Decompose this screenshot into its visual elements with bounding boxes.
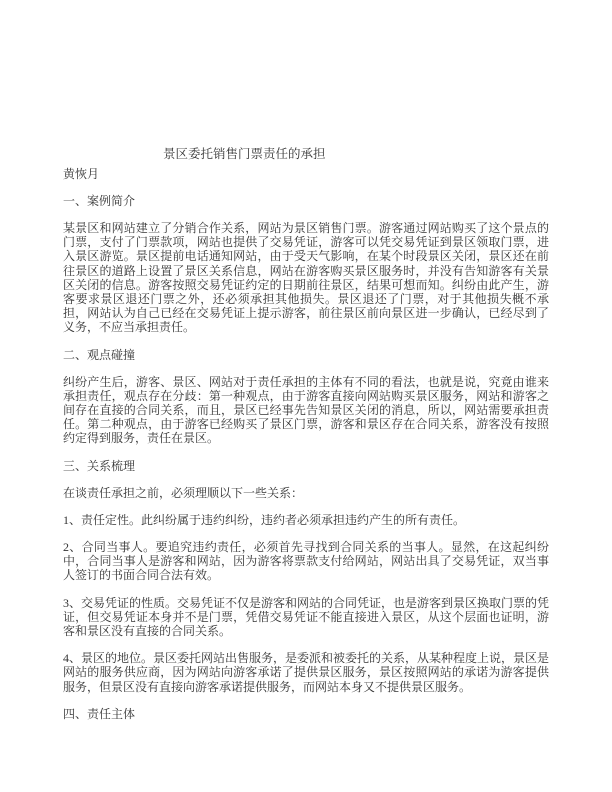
paragraph: 纠纷产生后，游客、景区、网站对于责任承担的主体有不同的看法，也就是说，究竟由谁来… [63,375,549,446]
document-title: 景区委托销售门票责任的承担 [163,147,549,162]
section-heading-viewpoints: 二、观点碰撞 [63,348,549,362]
document-author: 黄恢月 [63,167,549,181]
section-heading-liability-subject: 四、责任主体 [63,707,549,721]
paragraph-list-item: 3、交易凭证的性质。交易凭证不仅是游客和网站的合同凭证，也是游客到景区换取门票的… [63,596,549,639]
document-page: 景区委托销售门票责任的承担 黄恢月 一、案例简介 某景区和网站建立了分销合作关系… [0,0,612,792]
section-heading-relations: 三、关系梳理 [63,459,549,473]
paragraph-list-item: 2、合同当事人。要追究违约责任，必须首先寻找到合同关系的当事人。显然，在这起纠纷… [63,540,549,583]
section-heading-case-intro: 一、案例简介 [63,194,549,208]
paragraph-list-item: 4、景区的地位。景区委托网站出售服务，是委派和被委托的关系，从某种程度上说，景区… [63,651,549,694]
paragraph: 在谈责任承担之前，必须理顺以下一些关系： [63,486,549,500]
paragraph: 某景区和网站建立了分销合作关系，网站为景区销售门票。游客通过网站购买了这个景点的… [63,221,549,335]
paragraph-list-item: 1、责任定性。此纠纷属于违约纠纷，违约者必须承担违约产生的所有责任。 [63,513,549,527]
